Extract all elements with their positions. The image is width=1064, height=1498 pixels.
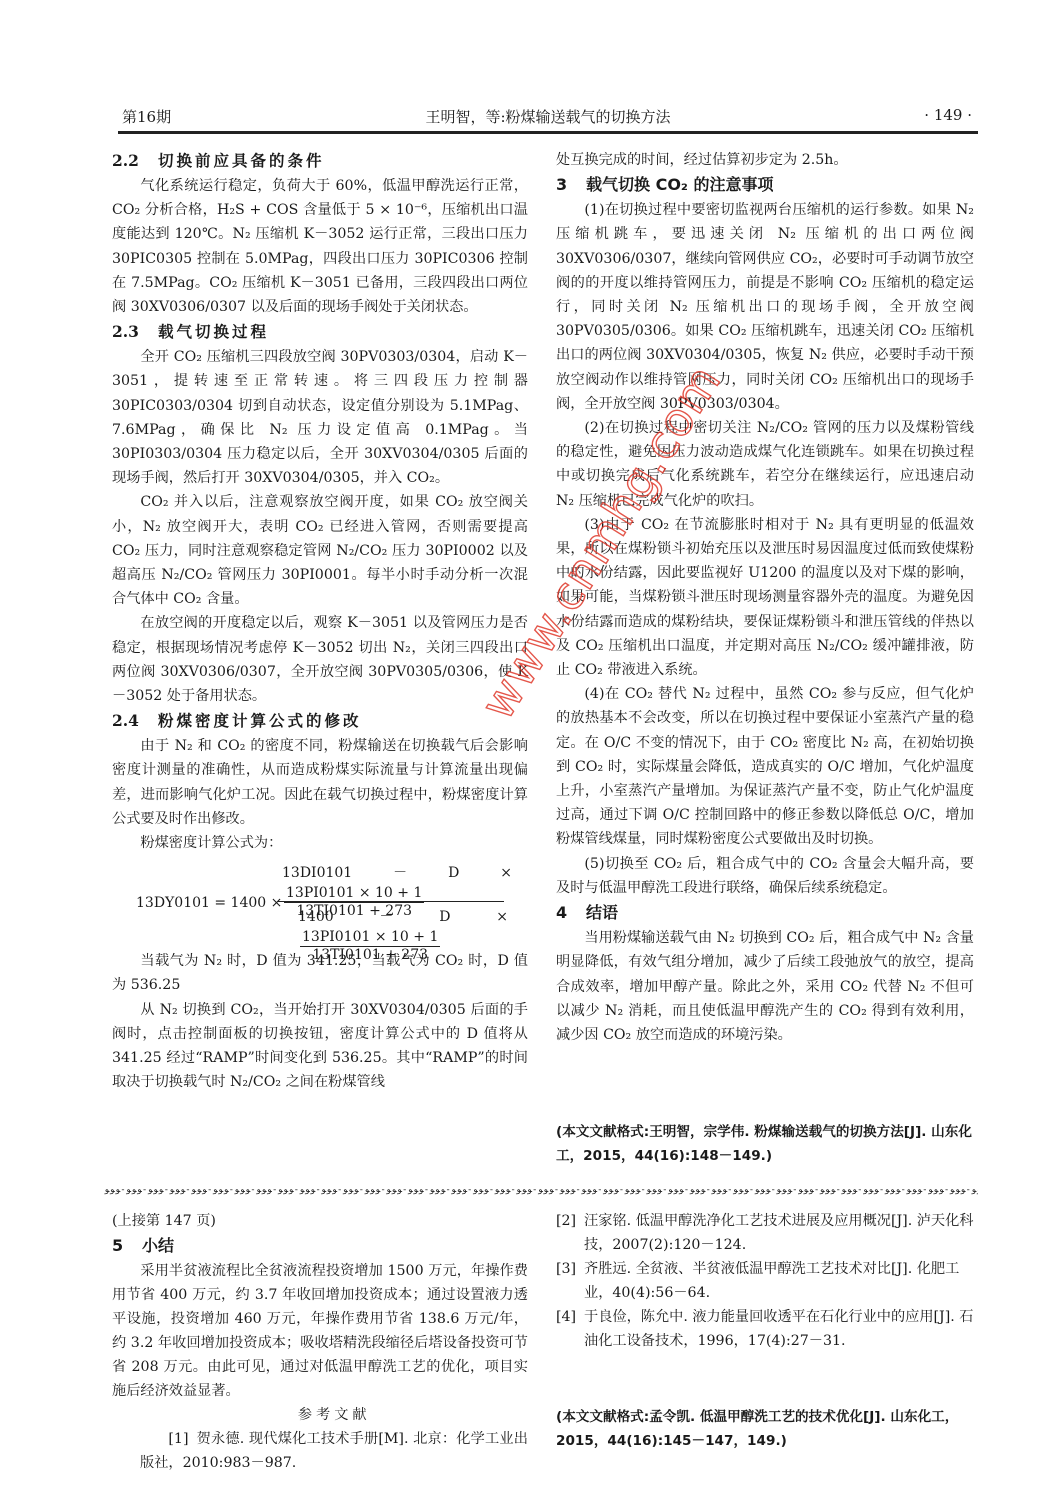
list-item: (1)在切换过程中要密切监视两台压缩机的运行参数。如果 N₂ 压缩机跳车，要迅速… (556, 198, 974, 416)
list-item: (3)由于 CO₂ 在节流膨胀时相对于 N₂ 具有更明显的低温效果，所以在煤粉锁… (556, 513, 974, 682)
paragraph: CO₂ 并入以后，注意观察放空阀开度，如果 CO₂ 放空阀关小，N₂ 放空阀开大… (112, 490, 528, 611)
article-citation: (本文文献格式:王明智，宗学伟. 粉煤输送载气的切换方法[J]. 山东化工，20… (556, 1120, 974, 1168)
inner-fraction-top: 13PI0101 × 10 + 1 (300, 929, 440, 947)
section-title: 结语 (586, 903, 618, 922)
divider-pattern: ﻮﻮﻮ-ﻮﻮﻮ-ﻮﻮﻮ-ﻮﻮﻮ-ﻮﻮﻮ-ﻮﻮﻮ-ﻮﻮﻮ-ﻮﻮﻮ-ﻮﻮﻮ-ﻮﻮﻮ-… (104, 1185, 978, 1195)
running-header: 第16期 王明智，等:粉煤输送载气的切换方法 · 149 · (118, 100, 978, 130)
density-formula: 13DY0101 = 1400 × 13DI0101 － D × 13PI010… (112, 859, 528, 947)
continued-from-note: (上接第 147 页) (112, 1209, 528, 1233)
reference-tag: [3] (556, 1257, 584, 1281)
journal-page: 第16期 王明智，等:粉煤输送载气的切换方法 · 149 · 2.2切换前应具备… (0, 0, 1064, 1498)
section-number: 2.2 (112, 148, 158, 174)
reference-tag: [4] (556, 1305, 584, 1329)
section-heading-4: 4结语 (556, 900, 974, 926)
section-heading-3: 3载气切换 CO₂ 的注意事项 (556, 172, 974, 198)
reference-text: 齐胜远. 全贫液、半贫液低温甲醇洗工艺技术对比[J]. 化肥工业，40(4):5… (584, 1261, 959, 1301)
section-title: 小结 (142, 1236, 174, 1255)
section-number: 2.3 (112, 319, 158, 345)
reference-text: 于良俭，陈允中. 液力能量回收透平在石化行业中的应用[J]. 石油化工设备技术，… (584, 1309, 974, 1349)
reference-item: [2]汪家铭. 低温甲醇洗净化工艺技术进展及应用概况[J]. 泸天化科技，200… (556, 1209, 974, 1257)
left-column: 2.2切换前应具备的条件 气化系统运行稳定，负荷大于 60%，低温甲醇洗运行正常… (112, 148, 528, 1095)
paragraph-continuation: 处互换完成的时间，经过估算初步定为 2.5h。 (556, 148, 974, 172)
paragraph: 由于 N₂ 和 CO₂ 的密度不同，粉煤输送在切换载气后会影响密度计测量的准确性… (112, 734, 528, 831)
continued-article-right: [2]汪家铭. 低温甲醇洗净化工艺技术进展及应用概况[J]. 泸天化科技，200… (556, 1209, 974, 1353)
header-rule (118, 131, 978, 134)
decorative-divider: ﻮﻮﻮ-ﻮﻮﻮ-ﻮﻮﻮ-ﻮﻮﻮ-ﻮﻮﻮ-ﻮﻮﻮ-ﻮﻮﻮ-ﻮﻮﻮ-ﻮﻮﻮ-ﻮﻮﻮ-… (104, 1185, 978, 1195)
right-column: 处互换完成的时间，经过估算初步定为 2.5h。 3载气切换 CO₂ 的注意事项 … (556, 148, 974, 1047)
paragraph: 从 N₂ 切换到 CO₂，当开始打开 30XV0304/0305 后面的手阀时，… (112, 998, 528, 1095)
reference-item: [3]齐胜远. 全贫液、半贫液低温甲醇洗工艺技术对比[J]. 化肥工业，40(4… (556, 1257, 974, 1305)
inner-fraction-bottom: 13TI0101 + 273 (300, 947, 440, 964)
section-heading-2-4: 2.4粉煤密度计算公式的修改 (112, 708, 528, 734)
reference-item: [4]于良俭，陈允中. 液力能量回收透平在石化行业中的应用[J]. 石油化工设备… (556, 1305, 974, 1353)
numerator-prefix: 13DI0101 － D × (282, 865, 512, 881)
paragraph: 在放空阀的开度稳定以后，观察 K－3051 以及管网压力是否稳定，根据现场情况考… (112, 611, 528, 708)
section-title: 载气切换过程 (158, 322, 269, 341)
page-number: · 149 · (924, 106, 972, 124)
formula-denominator: 1400 － D × 13PI0101 × 10 + 1 13TI0101 + … (298, 905, 508, 964)
section-heading-2-3: 2.3载气切换过程 (112, 319, 528, 345)
reference-item: [1]贺永德. 现代煤化工技术手册[M]. 北京：化学工业出版社，2010:98… (112, 1427, 528, 1475)
running-title: 王明智，等:粉煤输送载气的切换方法 (118, 106, 978, 127)
paragraph: 全开 CO₂ 压缩机三四段放空阀 30PV0303/0304，启动 K－3051… (112, 345, 528, 490)
section-number: 4 (556, 900, 586, 926)
reference-text: 汪家铭. 低温甲醇洗净化工艺技术进展及应用概况[J]. 泸天化科技，2007(2… (584, 1213, 974, 1253)
paragraph: 粉煤密度计算公式为： (112, 831, 528, 855)
paragraph: 采用半贫液流程比全贫液流程投资增加 1500 万元，年操作费用节省 400 万元… (112, 1259, 528, 1403)
reference-tag: [2] (556, 1209, 584, 1233)
denominator-prefix: 1400 － D × (298, 909, 508, 925)
paragraph: 气化系统运行稳定，负荷大于 60%，低温甲醇洗运行正常，CO₂ 分析合格，H₂S… (112, 174, 528, 319)
fraction-bar (278, 901, 504, 902)
list-item: (2)在切换过程中密切关注 N₂/CO₂ 管网的压力以及煤粉管线的稳定性，避免因… (556, 416, 974, 513)
list-item: (5)切换至 CO₂ 后，粗合成气中的 CO₂ 含量会大幅升高，要及时与低温甲醇… (556, 852, 974, 900)
paragraph: 当用粉煤输送载气由 N₂ 切换到 CO₂ 后，粗合成气中 N₂ 含量明显降低，有… (556, 926, 974, 1047)
section-title: 粉煤密度计算公式的修改 (158, 711, 362, 730)
section-title: 切换前应具备的条件 (158, 151, 325, 170)
section-number: 2.4 (112, 708, 158, 734)
reference-text: 贺永德. 现代煤化工技术手册[M]. 北京：化学工业出版社，2010:983－9… (140, 1431, 528, 1471)
continued-article-left: (上接第 147 页) 5小结 采用半贫液流程比全贫液流程投资增加 1500 万… (112, 1209, 528, 1475)
section-title: 载气切换 CO₂ 的注意事项 (586, 175, 774, 194)
list-item: (4)在 CO₂ 替代 N₂ 过程中，虽然 CO₂ 参与反应，但气化炉的放热基本… (556, 682, 974, 851)
continued-article-citation: (本文文献格式:孟令凯. 低温甲醇洗工艺的技术优化[J]. 山东化工，2015，… (556, 1405, 974, 1453)
section-number: 5 (112, 1233, 142, 1259)
section-heading-5: 5小结 (112, 1233, 528, 1259)
section-heading-2-2: 2.2切换前应具备的条件 (112, 148, 528, 174)
reference-tag: [1] (168, 1427, 196, 1451)
references-heading: 参考文献 (112, 1403, 528, 1427)
section-number: 3 (556, 172, 586, 198)
formula-lhs: 13DY0101 = 1400 × (136, 891, 282, 915)
inner-fraction: 13PI0101 × 10 + 1 13TI0101 + 273 (300, 929, 440, 964)
